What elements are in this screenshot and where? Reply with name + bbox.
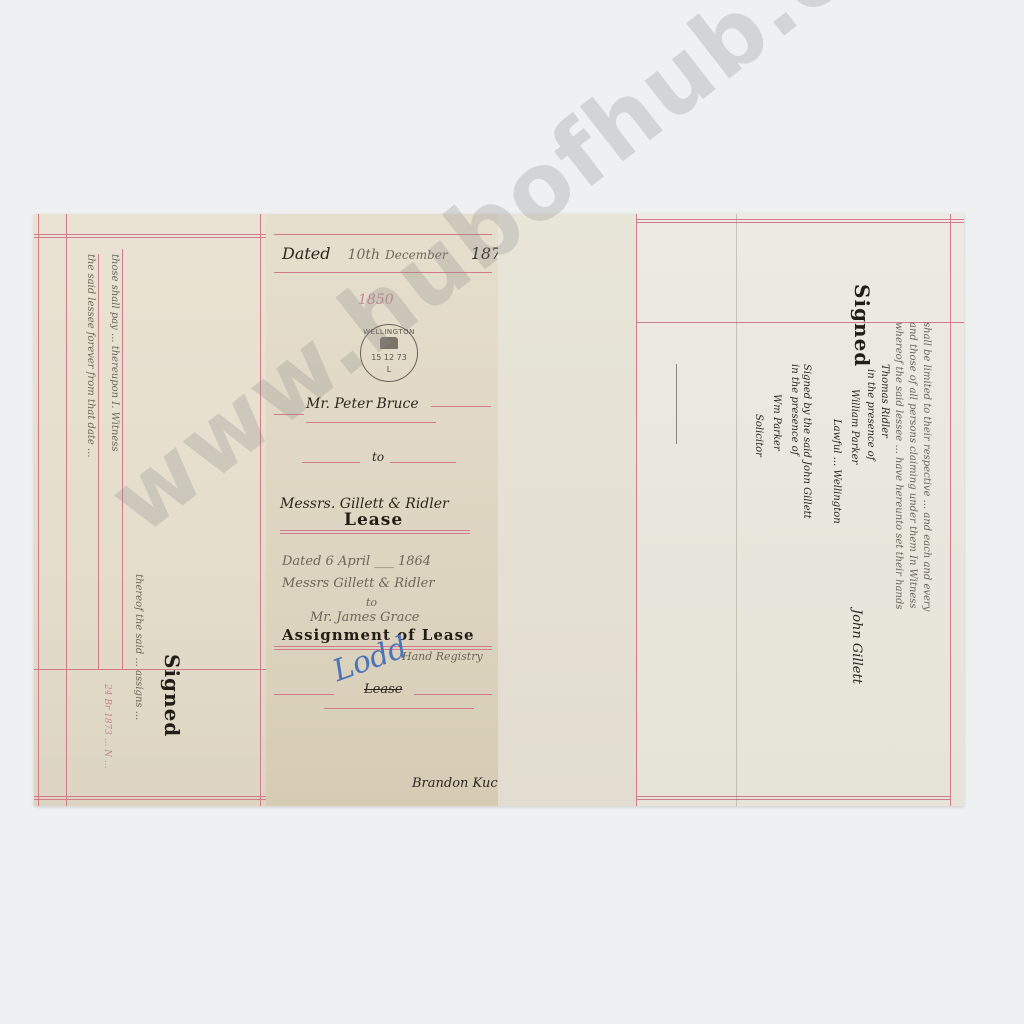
red-rule bbox=[34, 669, 266, 670]
red-rule bbox=[636, 219, 964, 220]
signature: John Gillett bbox=[849, 609, 864, 684]
red-rule bbox=[306, 422, 436, 423]
red-rule bbox=[414, 694, 492, 695]
red-rule bbox=[34, 234, 266, 235]
red-rule bbox=[636, 796, 950, 797]
left-panel: the said lessee forever from that date .… bbox=[34, 214, 267, 806]
party-from: Mr. Peter Bruce bbox=[306, 396, 419, 412]
vertical-text-line: those shall pay ... thereupon I. Witness bbox=[109, 254, 120, 452]
red-rule bbox=[274, 414, 304, 415]
vertical-text-line: Signed by the said John Gillett bbox=[801, 364, 812, 519]
flourish-mark bbox=[676, 364, 677, 444]
vertical-text-line: thereof the said ... assigns ... bbox=[133, 574, 144, 720]
red-rule bbox=[636, 214, 637, 806]
registry-annotation: Hand Registry bbox=[402, 650, 483, 663]
lease-document: the said lessee forever from that date .… bbox=[34, 214, 964, 806]
red-rule bbox=[302, 462, 360, 463]
bottom-signature: Brandon Kuck bbox=[412, 776, 506, 791]
vertical-text-line: Thomas Ridler bbox=[879, 364, 890, 438]
red-rule bbox=[122, 249, 123, 669]
red-rule bbox=[324, 708, 474, 709]
vertical-text-line: William Parker bbox=[849, 389, 860, 464]
red-rule bbox=[390, 462, 456, 463]
vertical-text-line: in the presence of bbox=[865, 369, 876, 460]
cover-panel: Dated 10th December 1873 1850 WELLINGTON… bbox=[266, 214, 499, 806]
blank-panel bbox=[498, 214, 637, 806]
vertical-text-line: Lawful ... Wellington bbox=[831, 419, 842, 524]
signed-label: Signed bbox=[850, 284, 874, 367]
assign-to-word: to bbox=[366, 596, 377, 609]
reference-number: 1850 bbox=[358, 292, 394, 308]
vertical-text-line: and those of all persons claiming under … bbox=[907, 322, 918, 609]
red-rule bbox=[66, 214, 67, 806]
red-rule bbox=[38, 214, 39, 806]
postmark: WELLINGTON 15 12 73 L bbox=[360, 324, 418, 382]
assignee: Mr. James Grace bbox=[310, 610, 419, 625]
red-rule bbox=[274, 694, 334, 695]
vertical-text-line: in the presence of bbox=[789, 364, 800, 455]
flourish: Lease bbox=[364, 682, 402, 697]
vertical-text-line: the said lessee forever from that date .… bbox=[85, 254, 96, 458]
right-panel: Signed shall be limited to their respect… bbox=[636, 214, 964, 806]
red-rule bbox=[431, 406, 491, 407]
vertical-text-line: Solicitor bbox=[753, 414, 764, 457]
assignors: Messrs Gillett & Ridler bbox=[282, 576, 435, 591]
crown-icon bbox=[380, 337, 398, 349]
pencil-note: 24 Br 1873 ... N ... bbox=[102, 684, 112, 769]
title-lease: Lease bbox=[344, 510, 403, 530]
red-rule bbox=[950, 214, 951, 806]
red-rule bbox=[98, 254, 99, 669]
fold-line bbox=[736, 214, 737, 806]
dated-label: Dated 10th December 1873 bbox=[282, 244, 511, 263]
red-rule bbox=[274, 234, 492, 235]
red-rule bbox=[274, 272, 492, 273]
vertical-text-line: whereof the said lessee ... have hereunt… bbox=[893, 322, 904, 610]
lease-dated-line: Dated 6 April ___ 1864 bbox=[282, 554, 431, 569]
red-rule bbox=[280, 530, 470, 531]
vertical-text-line: shall be limited to their respective ...… bbox=[921, 322, 932, 611]
to-word: to bbox=[372, 450, 384, 464]
red-rule bbox=[260, 214, 261, 806]
red-rule bbox=[34, 796, 266, 797]
vertical-text-line: Wm Parker bbox=[771, 394, 782, 451]
signed-label: Signed bbox=[160, 654, 184, 737]
